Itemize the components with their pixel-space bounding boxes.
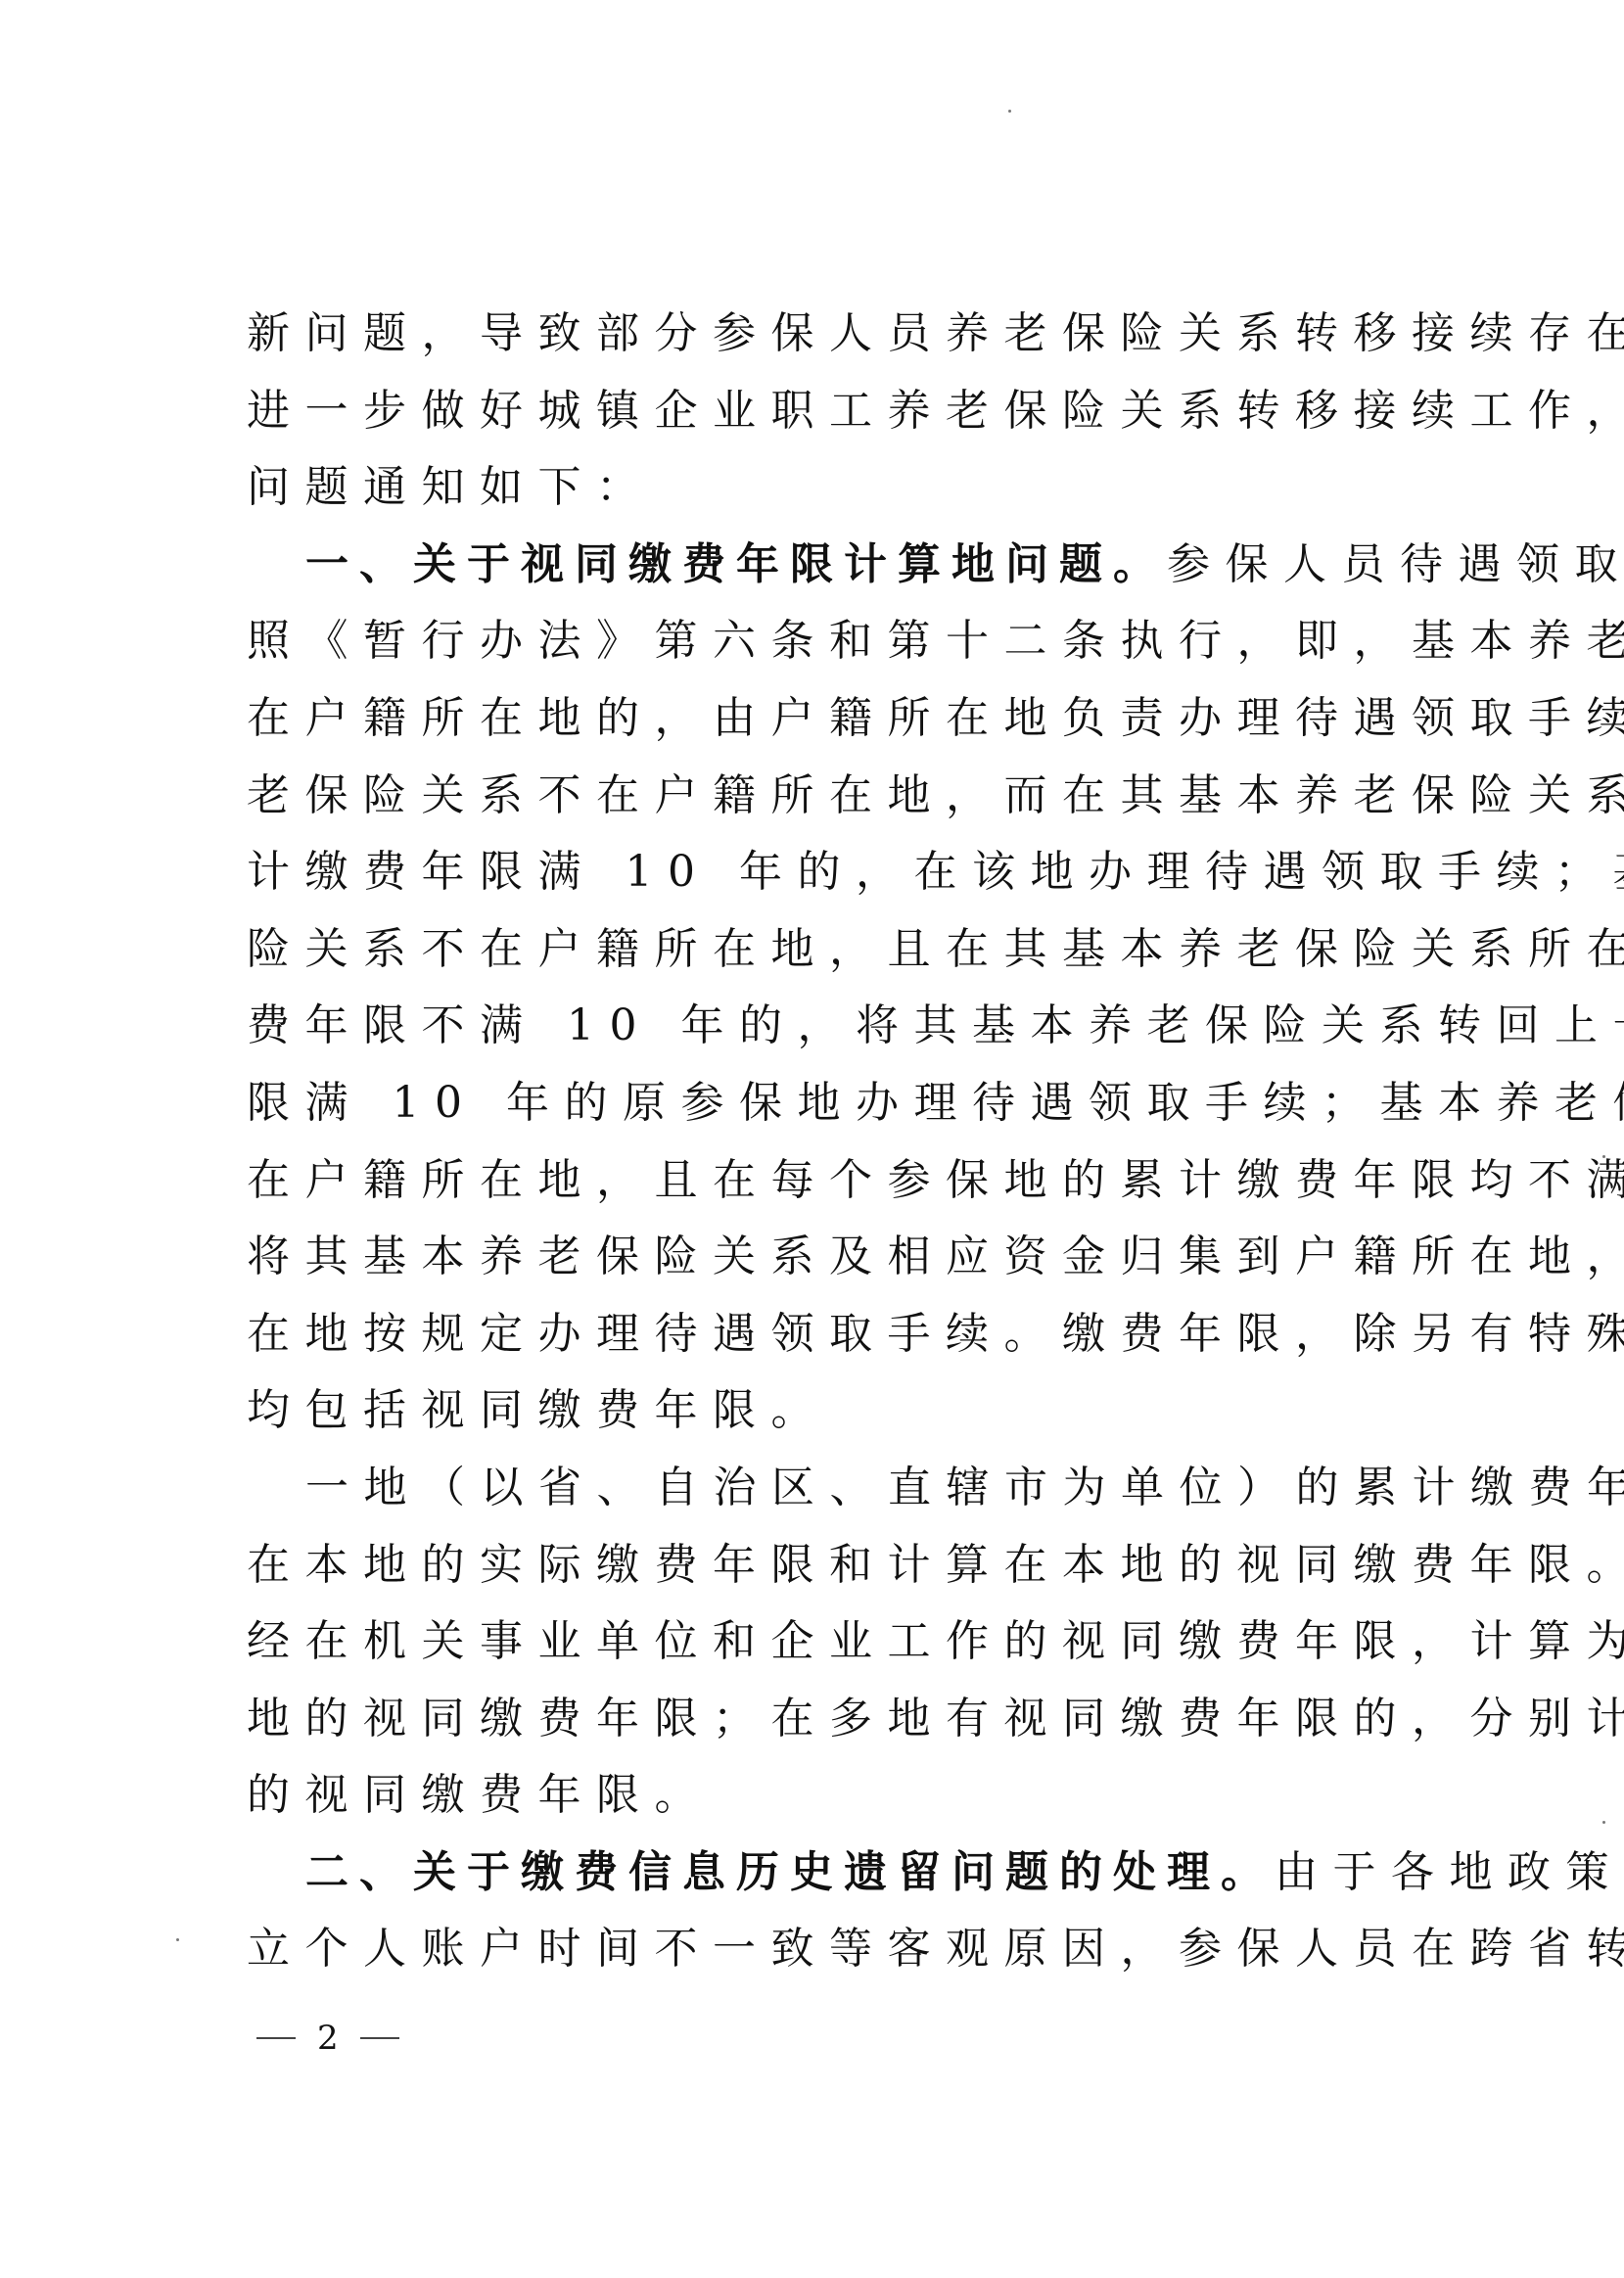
text-line: 地的视同缴费年限；在多地有视同缴费年限的，分别计算为各地: [247, 1681, 1433, 1758]
document-body: 新问题，导致部分参保人员养老保险关系转移接续存在困难。为 进一步做好城镇企业职工…: [247, 296, 1433, 1988]
scan-speck: [1008, 110, 1011, 113]
page-number: 2: [317, 2019, 339, 2058]
text-line: 的视同缴费年限。: [247, 1757, 1433, 1835]
text-span: 由于各地政策或建: [1275, 1847, 1624, 1897]
text-line: 限满 10 年的原参保地办理待遇领取手续；基本养老保险关系不: [247, 1065, 1433, 1142]
scan-speck: [176, 1938, 179, 1941]
text-line: 在户籍所在地，且在每个参保地的累计缴费年限均不满 10 年的，: [247, 1142, 1433, 1220]
text-line: 在本地的实际缴费年限和计算在本地的视同缴费年限。其中，曾: [247, 1527, 1433, 1604]
page-number-footer: 2: [256, 2019, 399, 2058]
text-line: 均包括视同缴费年限。: [247, 1372, 1433, 1450]
text-line: 在户籍所在地的，由户籍所在地负责办理待遇领取手续；基本养: [247, 680, 1433, 758]
text-line: 经在机关事业单位和企业工作的视同缴费年限，计算为当时工作: [247, 1604, 1433, 1681]
text-line: 险关系不在户籍所在地，且在其基本养老保险关系所在地累计缴: [247, 911, 1433, 989]
text-line: 立个人账户时间不一致等客观原因，参保人员在跨省转移接续养: [247, 1911, 1433, 1988]
text-line: 老保险关系不在户籍所在地，而在其基本养老保险关系所在地累: [247, 758, 1433, 835]
dash-left: [256, 2037, 296, 2039]
text-line: 计缴费年限满 10 年的，在该地办理待遇领取手续；基本养老保: [247, 834, 1433, 911]
scan-speck: [1602, 1155, 1605, 1158]
section-one-first-line: 一、关于视同缴费年限计算地问题。参保人员待遇领取地按: [247, 527, 1433, 604]
text-line: 问题通知如下：: [247, 449, 1433, 527]
text-line: 费年限不满 10 年的，将其基本养老保险关系转回上一个缴费年: [247, 988, 1433, 1065]
section-heading-two: 二、关于缴费信息历史遗留问题的处理。: [305, 1847, 1275, 1897]
document-page: 新问题，导致部分参保人员养老保险关系转移接续存在困难。为 进一步做好城镇企业职工…: [0, 0, 1624, 2278]
text-line: 进一步做好城镇企业职工养老保险关系转移接续工作，现就有关: [247, 373, 1433, 450]
text-line: 照《暂行办法》第六条和第十二条执行，即，基本养老保险关系: [247, 603, 1433, 680]
text-line: 一地（以省、自治区、直辖市为单位）的累计缴费年限包括: [247, 1450, 1433, 1527]
text-line: 在地按规定办理待遇领取手续。缴费年限，除另有特殊规定外，: [247, 1296, 1433, 1373]
section-heading-one: 一、关于视同缴费年限计算地问题。: [305, 539, 1167, 589]
text-span: 参保人员待遇领取地按: [1167, 539, 1624, 589]
dash-right: [360, 2037, 399, 2039]
section-two-first-line: 二、关于缴费信息历史遗留问题的处理。由于各地政策或建: [247, 1835, 1433, 1912]
scan-speck: [1602, 1821, 1605, 1824]
text-line: 新问题，导致部分参保人员养老保险关系转移接续存在困难。为: [247, 296, 1433, 373]
text-line: 将其基本养老保险关系及相应资金归集到户籍所在地，由户籍所: [247, 1219, 1433, 1296]
